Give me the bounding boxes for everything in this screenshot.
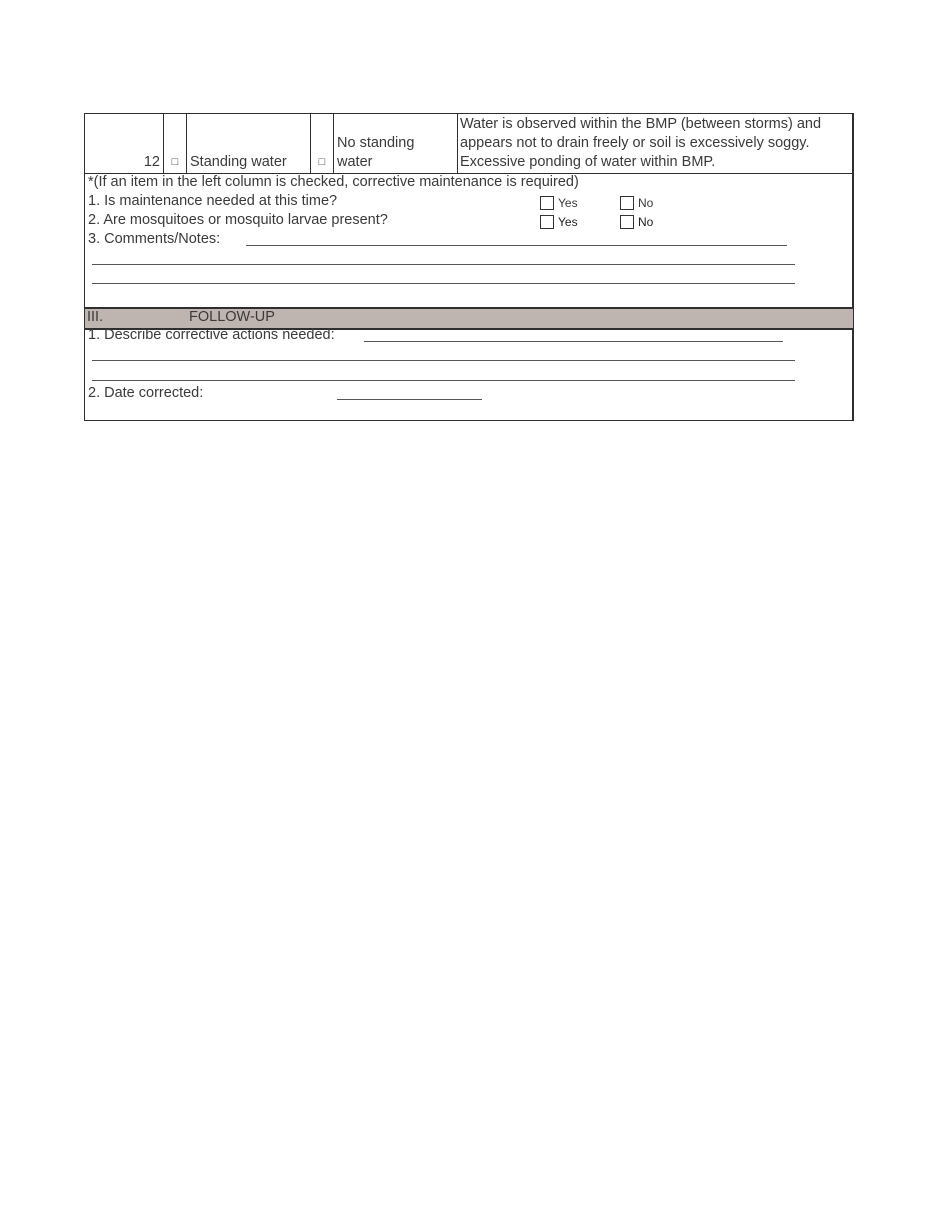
ok-checkbox-icon[interactable]: □ <box>311 153 333 172</box>
mosquito-question: 2. Are mosquitoes or mosquito larvae pre… <box>88 211 388 230</box>
ok-condition-cell: No standing water <box>334 114 458 173</box>
condition-checkbox-icon[interactable]: □ <box>164 153 186 172</box>
inspection-form: 12 □ Standing water □ No standing water … <box>84 113 854 421</box>
corrective-instruction: *(If an item in the left column is check… <box>88 173 579 192</box>
inspection-row-12: 12 □ Standing water □ No standing water … <box>85 114 853 174</box>
item-number-cell: 12 <box>85 114 164 173</box>
section-title: FOLLOW-UP <box>189 309 275 326</box>
mosquito-no-checkbox[interactable]: No <box>620 215 653 229</box>
mosquito-yes-checkbox[interactable]: Yes <box>540 215 578 229</box>
section-number: III. <box>87 309 103 326</box>
comments-field-line[interactable] <box>92 264 795 265</box>
corrective-actions-field-line[interactable] <box>92 360 795 361</box>
checkbox-icon[interactable] <box>620 196 634 210</box>
condition-label: Standing water <box>190 153 287 172</box>
maintenance-question: 1. Is maintenance needed at this time? <box>88 192 337 211</box>
condition-checkbox-cell[interactable]: □ <box>164 114 187 173</box>
maintenance-no-label: No <box>638 196 653 210</box>
ok-condition-line2: water <box>337 153 372 172</box>
description-cell: Water is observed within the BMP (betwee… <box>458 114 853 173</box>
comments-label: 3. Comments/Notes: <box>88 230 220 249</box>
corrective-actions-label: 1. Describe corrective actions needed: <box>88 326 335 345</box>
checkbox-icon[interactable] <box>540 196 554 210</box>
corrective-actions-field-line[interactable] <box>92 380 795 381</box>
description-line: appears not to drain freely or soil is e… <box>460 134 821 153</box>
maintenance-no-checkbox[interactable]: No <box>620 196 653 210</box>
description-line: Excessive ponding of water within BMP. <box>460 153 821 172</box>
mosquito-no-label: No <box>638 215 653 229</box>
description-line: Water is observed within the BMP (betwee… <box>460 115 821 134</box>
checkbox-icon[interactable] <box>540 215 554 229</box>
ok-checkbox-cell[interactable]: □ <box>311 114 334 173</box>
checkbox-icon[interactable] <box>620 215 634 229</box>
maintenance-yes-checkbox[interactable]: Yes <box>540 196 578 210</box>
maintenance-yes-label: Yes <box>558 196 578 210</box>
ok-condition-line1: No standing <box>337 134 414 153</box>
date-corrected-field-line[interactable] <box>337 399 482 400</box>
mosquito-yes-label: Yes <box>558 215 578 229</box>
item-number: 12 <box>144 153 160 172</box>
corrective-actions-field-line[interactable] <box>364 341 783 342</box>
comments-field-line[interactable] <box>246 245 787 246</box>
date-corrected-label: 2. Date corrected: <box>88 384 203 403</box>
comments-field-line[interactable] <box>92 283 795 284</box>
description-text: Water is observed within the BMP (betwee… <box>460 115 821 172</box>
condition-cell: Standing water <box>187 114 311 173</box>
